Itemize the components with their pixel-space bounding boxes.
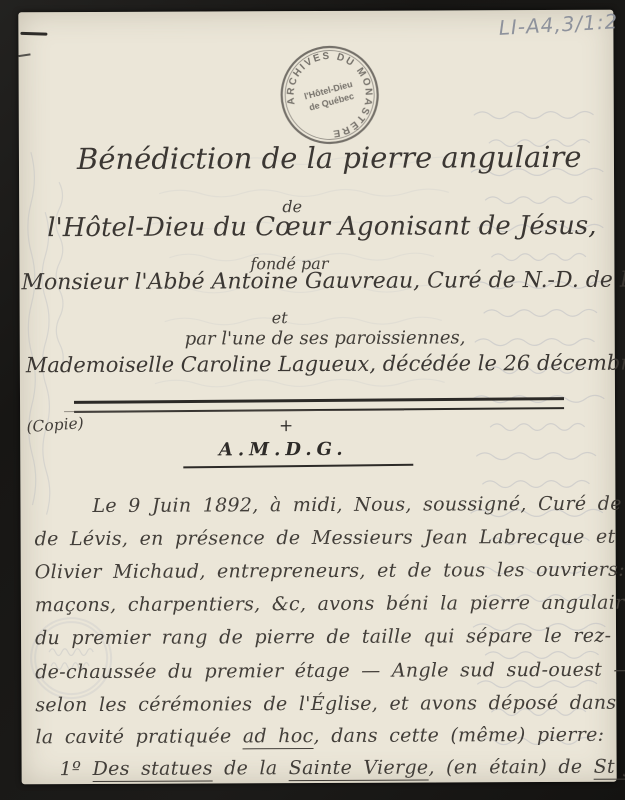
body-line: la cavité pratiquée ad hoc, dans cette (…: [35, 724, 583, 748]
body-text: la cavité pratiquée: [35, 725, 242, 748]
item-number: 1º: [60, 758, 93, 780]
stray-mark: [20, 32, 47, 36]
underlined-phrase-sainte-vierge: Sainte Vierge: [289, 757, 429, 782]
body-line: de Lévis, en présence de Messieurs Jean …: [35, 526, 583, 550]
body-line: de-chaussée du premier étage — Angle sud…: [35, 659, 583, 683]
body-text: , (en étain) de: [428, 756, 593, 779]
stray-mark: [18, 53, 30, 57]
archival-code: LI-A4,3/1:2: [443, 9, 619, 43]
copy-note: (Copie): [20, 414, 91, 437]
body-line: selon les cérémonies de l'Église, et avo…: [35, 692, 583, 716]
body-line: 1º Des statues de la Sainte Vierge, (en …: [36, 756, 608, 780]
body-text: de la: [213, 757, 289, 779]
title-line: l'Hôtel-Dieu du Cœur Agonisant de Jésus,: [47, 211, 532, 243]
thin-rule: [64, 410, 404, 412]
body-line: maçons, charpentiers, &c, avons béni la …: [35, 592, 583, 616]
title-line: Bénédiction de la pierre angulaire: [77, 140, 522, 176]
underlined-phrase-des-statues: Des statues: [93, 757, 213, 782]
title-line: Mademoiselle Caroline Lagueux, décédée l…: [26, 351, 584, 377]
body-text: , dans cette (même) pierre:: [313, 724, 604, 747]
underlined-phrase-ad-hoc: ad hoc: [243, 725, 314, 749]
scan-background: LI-A4,3/1:2 ARCHIVES DU MONASTÈRE l'Hôte…: [0, 0, 625, 800]
title-line: par l'une de ses paroissiennes,: [185, 327, 435, 349]
stamp-ring-text: ARCHIVES DU MONASTÈRE: [275, 41, 384, 150]
motto-underline: [183, 464, 413, 469]
monastery-stamp: ARCHIVES DU MONASTÈRE l'Hôtel-Dieu de Qu…: [274, 40, 384, 150]
body-line: Olivier Michaud, entrepreneurs, et de to…: [35, 559, 583, 583]
title-line: et: [140, 308, 420, 328]
body-line: du premier rang de pierre de taille qui …: [35, 625, 583, 649]
title-line: Monsieur l'Abbé Antoine Gauvreau, Curé d…: [21, 268, 573, 295]
cross-mark: +: [256, 416, 316, 436]
body-line: Le 9 Juin 1892, à midi, Nous, soussigné,…: [34, 493, 625, 518]
underlined-phrase-st-joseph: St Joseph: [594, 755, 625, 779]
motto-amdg: A.M.D.G.: [178, 439, 388, 461]
document-page: LI-A4,3/1:2 ARCHIVES DU MONASTÈRE l'Hôte…: [18, 10, 616, 785]
